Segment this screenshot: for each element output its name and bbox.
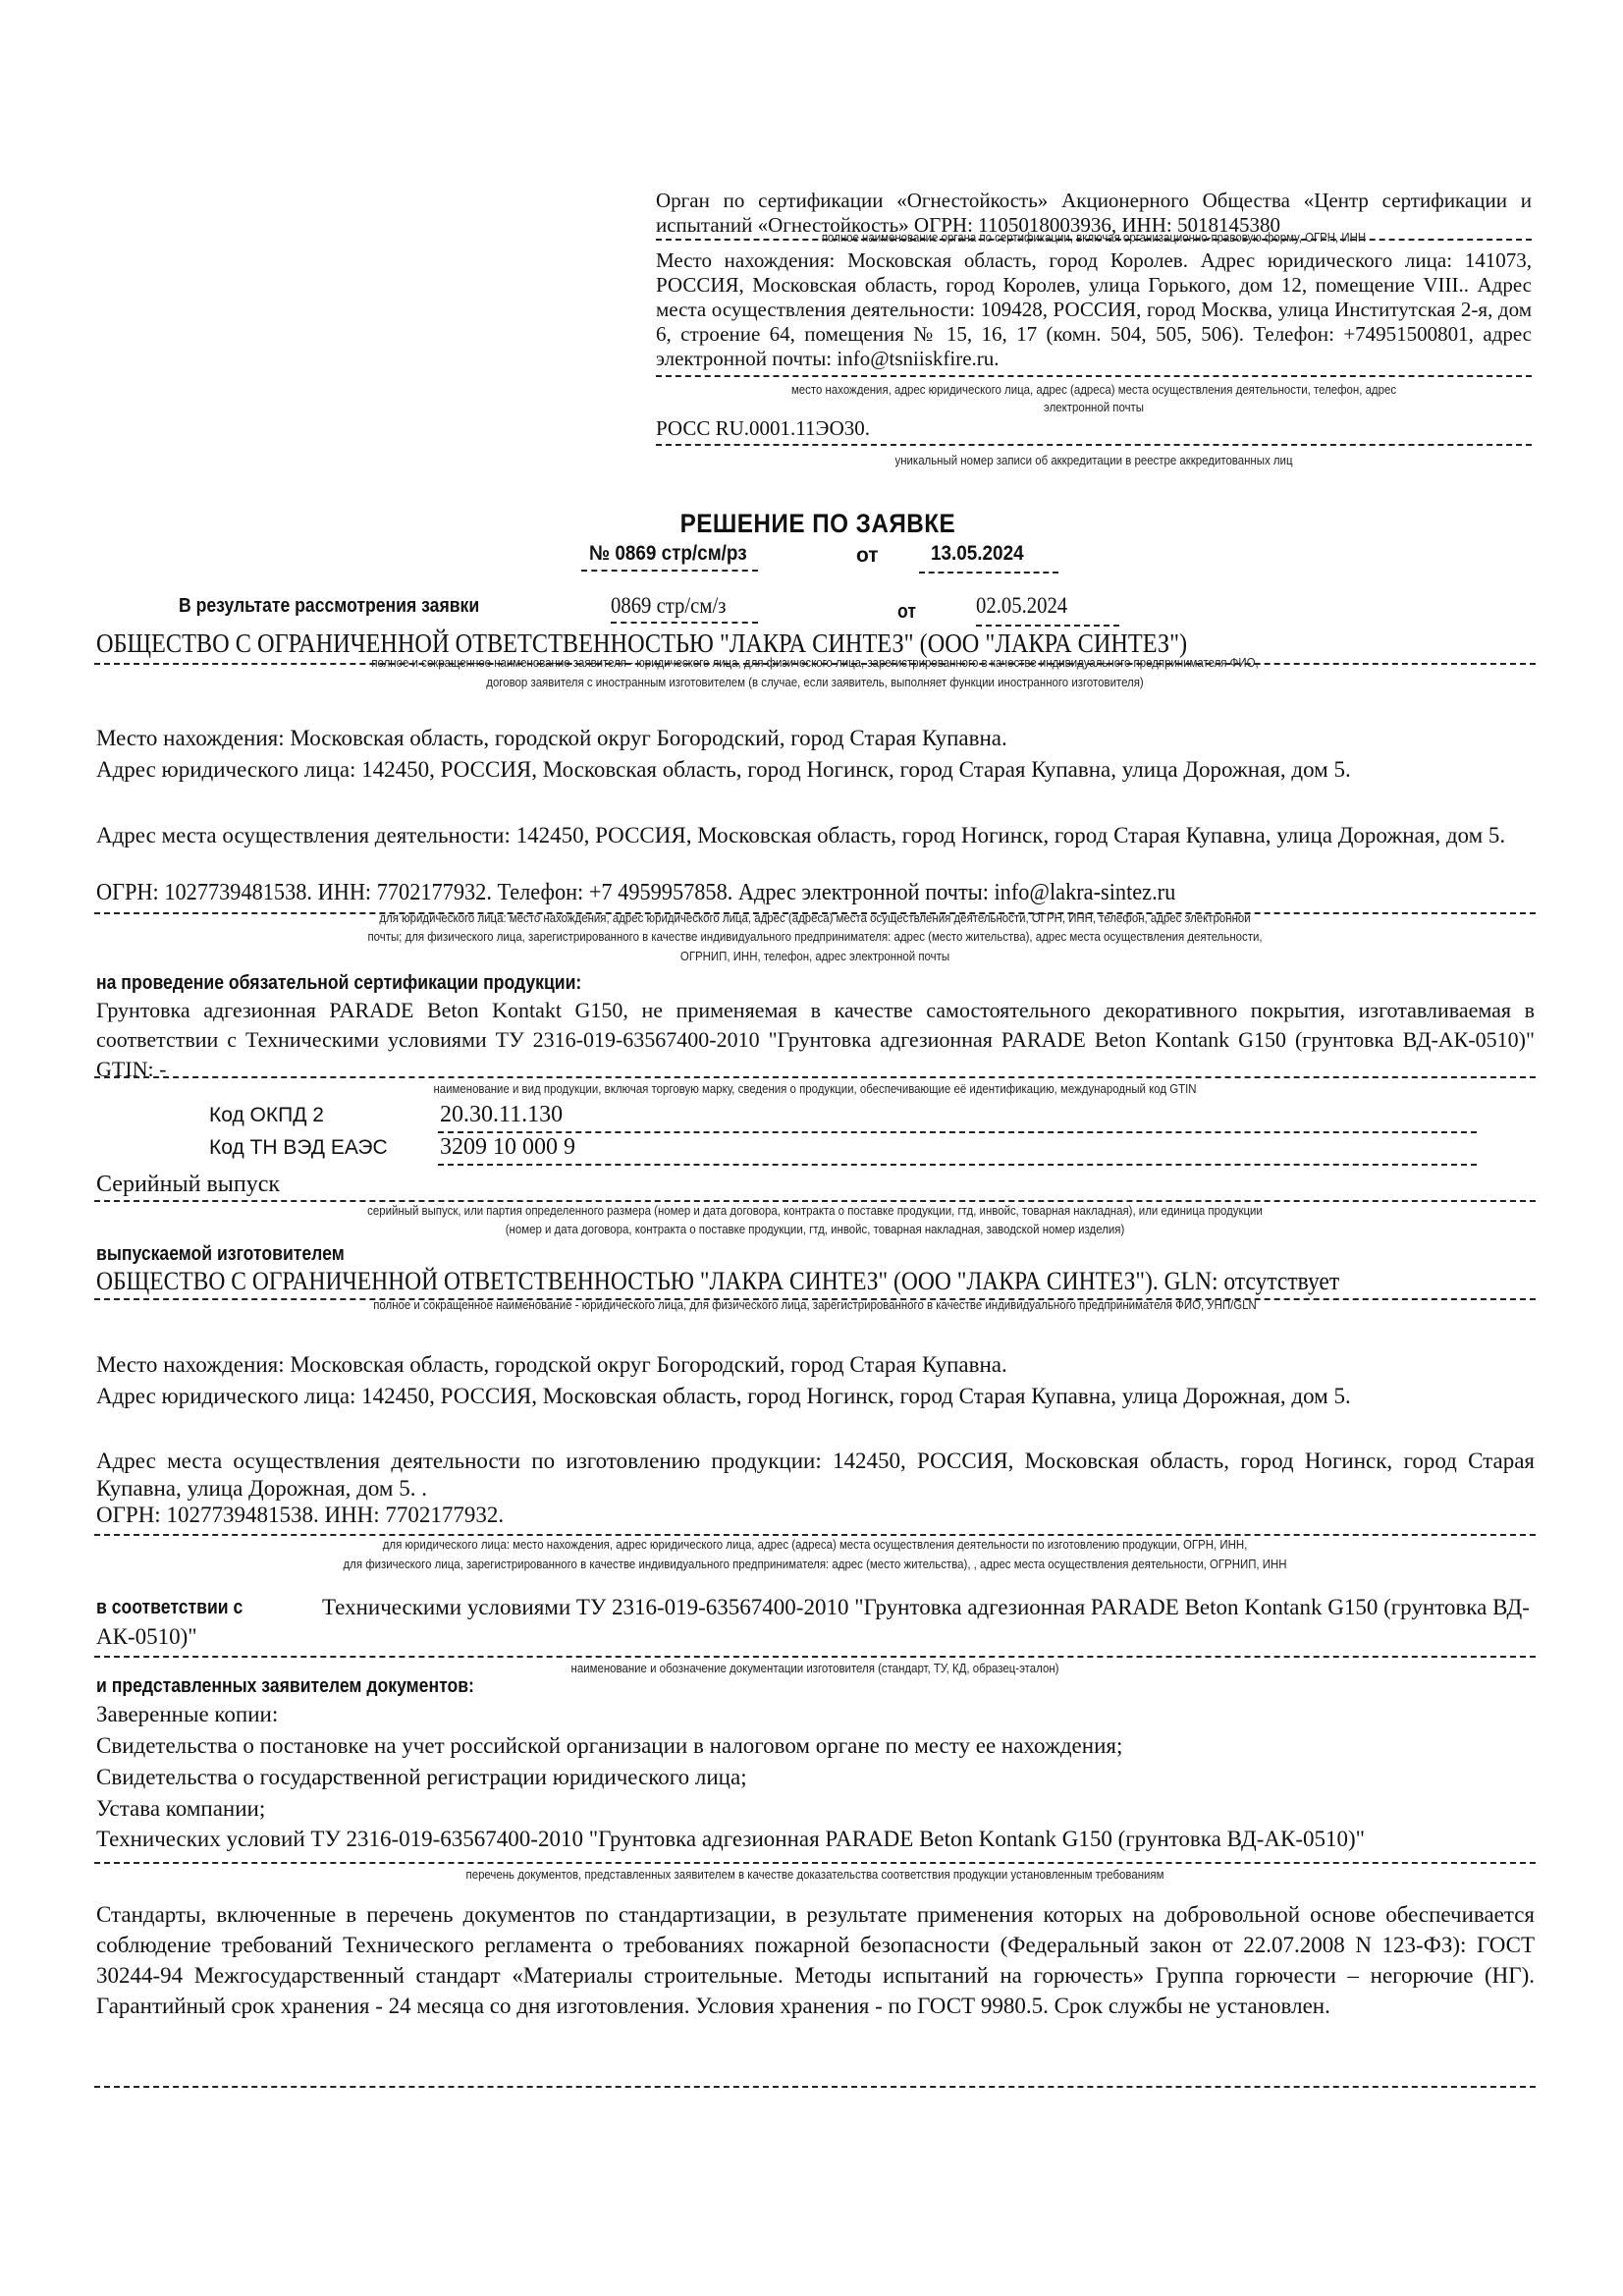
divider — [94, 1076, 1536, 1078]
product-caption: наименование и вид продукции, включая то… — [181, 1080, 1449, 1098]
decision-date: 13.05.2024 — [931, 542, 1034, 566]
document-item: Технических условий ТУ 2316-019-63567400… — [96, 1825, 1535, 1854]
manufacturer-name: ОБЩЕСТВО С ОГРАНИЧЕННОЙ ОТВЕТСТВЕННОСТЬЮ… — [96, 1267, 1470, 1296]
divider — [919, 572, 1058, 574]
divider — [438, 1164, 1477, 1166]
authority-address-caption-1: место нахождения, адрес юридического лиц… — [709, 381, 1480, 399]
document-item: Устава компании; — [96, 1793, 1535, 1825]
standards-text: Стандарты, включенные в перечень докумен… — [96, 1899, 1535, 2021]
applicant-legal-address: Адрес юридического лица: 142450, РОССИЯ,… — [96, 756, 1535, 784]
release-caption-1: серийный выпуск, или партия определенног… — [181, 1202, 1449, 1220]
tnved-label: Код ТН ВЭД ЕАЭС — [209, 1136, 388, 1160]
application-label: В результате рассмотрения заявки — [179, 595, 479, 618]
accreditation-number: РОСС RU.0001.11ЭО30. — [656, 416, 870, 441]
manufacturer-name-caption: полное и сокращенное наименование - юрид… — [181, 1296, 1449, 1314]
manufacturer-ids: ОГРН: 1027739481538. ИНН: 7702177932. — [96, 1503, 504, 1528]
accreditation-caption: уникальный номер записи об аккредитации … — [709, 452, 1480, 469]
application-date: 02.05.2024 — [976, 593, 1078, 619]
manufacturer-location: Место нахождения: Московская область, го… — [96, 1349, 1535, 1380]
authority-address-caption-2: электронной почты — [709, 399, 1480, 416]
manufacturer-caption-1: для юридического лица: место нахождения,… — [181, 1536, 1449, 1554]
tnved-value: 3209 10 000 9 — [440, 1134, 575, 1161]
applicant-caption-1: полное и сокращенное наименование заявит… — [181, 654, 1449, 672]
divider — [976, 625, 1119, 627]
applicant-caption-2: договор заявителя с иностранным изготови… — [181, 674, 1449, 691]
product-description: Грунтовка адгезионная PARADE Beton Konta… — [96, 996, 1535, 1084]
divider — [94, 2086, 1536, 2088]
divider — [581, 570, 758, 572]
application-from-label: от — [897, 601, 916, 624]
conformity-text: Техническими условиями ТУ 2316-019-63567… — [96, 1593, 1535, 1652]
manufacturer-caption-2: для физического лица, зарегистрированног… — [181, 1556, 1449, 1573]
divider — [656, 375, 1532, 377]
authority-name-caption: полное наименование органа по сертификац… — [709, 229, 1480, 246]
applicant-contacts: ОГРН: 1027739481538. ИНН: 7702177932. Те… — [96, 880, 1257, 906]
applicant-details-caption-2: почты; для физического лица, зарегистрир… — [181, 928, 1449, 946]
divider — [94, 1862, 1536, 1864]
documents-heading: и представленных заявителем документов: — [96, 1675, 474, 1698]
decision-title: РЕШЕНИЕ ПО ЗАЯВКЕ — [0, 509, 1623, 539]
document-item: Свидетельства о постановке на учет росси… — [96, 1730, 1535, 1762]
applicant-activity-address: Адрес места осуществления деятельности: … — [96, 821, 1535, 850]
documents-list: Заверенные копии: Свидетельства о постан… — [96, 1699, 1535, 1854]
applicant-details-caption-3: ОГРНИП, ИНН, телефон, адрес электронной … — [181, 948, 1449, 965]
document-item: Свидетельства о государственной регистра… — [96, 1762, 1535, 1793]
authority-address: Место нахождения: Московская область, го… — [656, 248, 1532, 371]
decision-from-label: от — [856, 544, 879, 568]
divider — [438, 1131, 1477, 1133]
manufacturer-production-address: Адрес места осуществления деятельности п… — [96, 1448, 1535, 1503]
document-item: Заверенные копии: — [96, 1699, 1535, 1730]
applicant-location: Место нахождения: Московская область, го… — [96, 723, 1535, 753]
decision-number: № 0869 стр/см/рз — [589, 542, 764, 566]
divider — [94, 1656, 1536, 1658]
divider — [611, 622, 758, 624]
application-number: 0869 стр/см/з — [611, 593, 738, 619]
divider — [656, 444, 1532, 446]
manufacturer-heading: выпускаемой изготовителем — [96, 1243, 345, 1266]
manufacturer-legal-address: Адрес юридического лица: 142450, РОССИЯ,… — [96, 1383, 1535, 1410]
release-caption-2: (номер и дата договора, контракта о пост… — [181, 1221, 1449, 1238]
release-type: Серийный выпуск — [96, 1172, 280, 1198]
product-heading: на проведение обязательной сертификации … — [96, 972, 581, 995]
okpd-value: 20.30.11.130 — [440, 1102, 563, 1128]
documents-caption: перечень документов, представленных заяв… — [181, 1866, 1449, 1884]
okpd-label: Код ОКПД 2 — [209, 1104, 324, 1127]
applicant-details-caption-1: для юридического лица: место нахождения,… — [181, 909, 1449, 927]
